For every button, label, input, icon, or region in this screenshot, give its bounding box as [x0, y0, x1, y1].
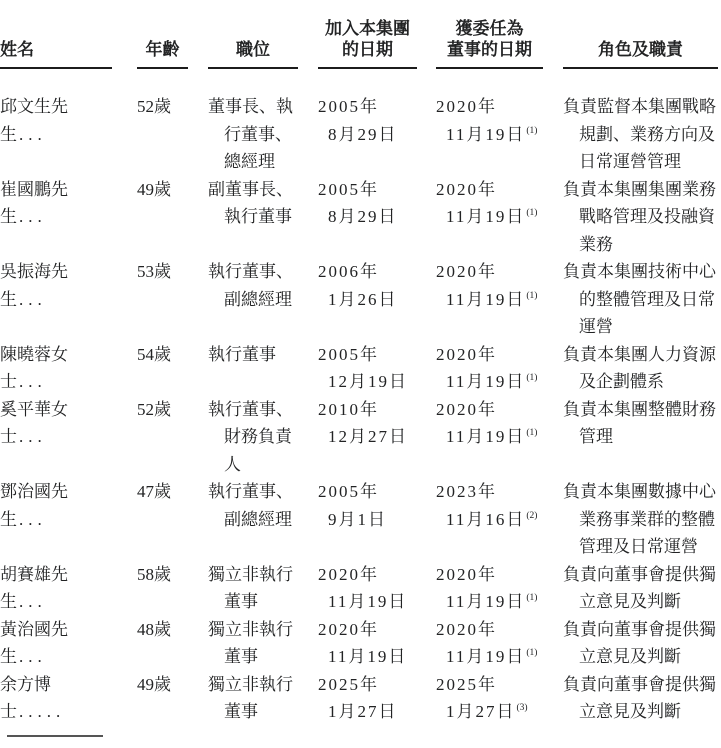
text-line: 11月19日(1): [436, 368, 543, 396]
text-line: 執行董事: [208, 203, 298, 231]
position-cell: 獨立非執行董事: [208, 671, 298, 726]
age-cell: 54歲: [137, 341, 188, 369]
appointed-cell: 2020年11月19日(1): [436, 176, 543, 231]
text-line: 8月29日: [318, 121, 417, 149]
joined-cell: 2005年8月29日: [318, 176, 417, 231]
name-dot-leader: ...: [19, 647, 47, 666]
text-line: 獨立非執行: [208, 616, 298, 644]
name-cell: 鄧治國先生...: [0, 478, 112, 533]
name-cell: 奚平華女士...: [0, 396, 112, 451]
text-line: 董事: [208, 643, 298, 671]
position-cell: 董事長、執行董事、總經理: [208, 93, 298, 176]
footnote-rule: [7, 735, 103, 737]
text-line: 2025年: [436, 671, 543, 699]
joined-cell: 2020年11月19日: [318, 561, 417, 616]
header-joined-date: 加入本集團 的日期: [318, 18, 417, 69]
text-line: 負責本集團技術中心: [563, 258, 718, 286]
text-line: 行董事、: [208, 121, 298, 149]
text-line: 8月29日: [318, 203, 417, 231]
text-line: 負責向董事會提供獨: [563, 561, 718, 589]
table-row: 黃治國先生... 48歲 獨立非執行董事 2020年11月19日 2020年11…: [0, 616, 721, 671]
header-joined-line1: 加入本集團: [318, 18, 417, 39]
text-line: 人: [208, 451, 298, 479]
text-line: 1月27日: [318, 698, 417, 726]
name-cell: 余方博士.....: [0, 671, 112, 726]
footnote-marker: (2): [526, 511, 537, 521]
text-line: 負責本集團數據中心: [563, 478, 718, 506]
footnote-marker: (1): [526, 291, 537, 301]
name-dot-leader: ...: [19, 290, 47, 309]
role-cell: 負責本集團集團業務戰略管理及投融資業務: [563, 176, 718, 259]
header-role-label: 角色及職責: [563, 39, 718, 60]
table-row: 陳曉蓉女士... 54歲 執行董事 2005年12月19日 2020年11月19…: [0, 341, 721, 396]
header-position-label: 職位: [208, 39, 298, 60]
footnote-marker: (1): [526, 373, 537, 383]
appointed-cell: 2020年11月19日(1): [436, 341, 543, 396]
text-line: 負責本集團人力資源: [563, 341, 718, 369]
table-row: 邱文生先生... 52歲 董事長、執行董事、總經理 2005年8月29日 202…: [0, 93, 721, 176]
text-line: 2020年: [436, 561, 543, 589]
role-cell: 負責本集團技術中心的整體管理及日常運營: [563, 258, 718, 341]
appointed-cell: 2020年11月19日(1): [436, 93, 543, 148]
text-line: 11月19日: [318, 588, 417, 616]
role-cell: 負責本集團人力資源及企劃體系: [563, 341, 718, 396]
text-line: 管理: [563, 423, 718, 451]
text-line: 1月26日: [318, 286, 417, 314]
text-line: 業務: [563, 231, 718, 259]
header-appointed-line2: 董事的日期: [436, 39, 543, 60]
name-dot-leader: ...: [19, 125, 47, 144]
name-cell: 吳振海先生...: [0, 258, 112, 313]
text-line: 2005年: [318, 176, 417, 204]
text-line: 及企劃體系: [563, 368, 718, 396]
name-dot-leader: .....: [19, 702, 65, 721]
role-cell: 負責本集團數據中心業務事業群的整體管理及日常運營: [563, 478, 718, 561]
footnote-marker: (1): [526, 208, 537, 218]
header-age-label: 年齡: [137, 39, 188, 60]
position-cell: 執行董事、財務負責人: [208, 396, 298, 479]
header-position: 職位: [208, 39, 298, 69]
header-role: 角色及職責: [563, 39, 718, 69]
text-line: 2020年: [318, 561, 417, 589]
text-line: 董事長、執: [208, 93, 298, 121]
footnote-marker: (3): [517, 703, 528, 713]
text-line: 董事: [208, 588, 298, 616]
text-line: 11月19日(1): [436, 643, 543, 671]
name-dot-leader: ...: [19, 372, 47, 391]
position-cell: 執行董事、副總經理: [208, 478, 298, 533]
text-line: 2020年: [318, 616, 417, 644]
text-line: 的整體管理及日常: [563, 286, 718, 314]
header-name: 姓名: [0, 39, 112, 69]
text-line: 戰略管理及投融資: [563, 203, 718, 231]
text-line: 執行董事、: [208, 478, 298, 506]
name-cell: 黃治國先生...: [0, 616, 112, 671]
text-line: 執行董事、: [208, 396, 298, 424]
text-line: 副董事長、: [208, 176, 298, 204]
text-line: 副總經理: [208, 506, 298, 534]
age-cell: 47歲: [137, 478, 188, 506]
joined-cell: 2005年9月1日: [318, 478, 417, 533]
text-line: 11月19日(1): [436, 588, 543, 616]
footnote-marker: (1): [526, 428, 537, 438]
position-cell: 執行董事: [208, 341, 298, 369]
appointed-cell: 2025年1月27日(3): [436, 671, 543, 726]
table-row: 奚平華女士... 52歲 執行董事、財務負責人 2010年12月27日 2020…: [0, 396, 721, 479]
appointed-cell: 2020年11月19日(1): [436, 616, 543, 671]
text-line: 業務事業群的整體: [563, 506, 718, 534]
table-row: 吳振海先生... 53歲 執行董事、副總經理 2006年1月26日 2020年1…: [0, 258, 721, 341]
table-row: 鄧治國先生... 47歲 執行董事、副總經理 2005年9月1日 2023年11…: [0, 478, 721, 561]
text-line: 9月1日: [318, 506, 417, 534]
text-line: 執行董事、: [208, 258, 298, 286]
text-line: 立意見及判斷: [563, 643, 718, 671]
text-line: 董事: [208, 698, 298, 726]
text-line: 11月19日: [318, 643, 417, 671]
name-dot-leader: ...: [19, 592, 47, 611]
text-line: 立意見及判斷: [563, 698, 718, 726]
text-line: 11月16日(2): [436, 506, 543, 534]
footnote-marker: (1): [526, 126, 537, 136]
table-row: 余方博士..... 49歲 獨立非執行董事 2025年1月27日 2025年1月…: [0, 671, 721, 726]
text-line: 2005年: [318, 341, 417, 369]
appointed-cell: 2023年11月16日(2): [436, 478, 543, 533]
text-line: 獨立非執行: [208, 671, 298, 699]
role-cell: 負責向董事會提供獨立意見及判斷: [563, 616, 718, 671]
position-cell: 獨立非執行董事: [208, 616, 298, 671]
joined-cell: 2010年12月27日: [318, 396, 417, 451]
text-line: 1月27日(3): [436, 698, 543, 726]
text-line: 日常運營管理: [563, 148, 718, 176]
text-line: 規劃、業務方向及: [563, 121, 718, 149]
table-row: 胡賽雄先生... 58歲 獨立非執行董事 2020年11月19日 2020年11…: [0, 561, 721, 616]
text-line: 負責向董事會提供獨: [563, 616, 718, 644]
directors-table-page: 姓名 年齡 職位 加入本集團 的日期 獲委任為 董事的日期 角色及職責 邱文生先…: [0, 0, 721, 748]
table-body: 邱文生先生... 52歲 董事長、執行董事、總經理 2005年8月29日 202…: [0, 93, 721, 726]
text-line: 2020年: [436, 396, 543, 424]
age-cell: 48歲: [137, 616, 188, 644]
name-cell: 陳曉蓉女士...: [0, 341, 112, 396]
text-line: 2020年: [436, 93, 543, 121]
text-line: 負責向董事會提供獨: [563, 671, 718, 699]
text-line: 11月19日(1): [436, 121, 543, 149]
text-line: 副總經理: [208, 286, 298, 314]
text-line: 負責監督本集團戰略: [563, 93, 718, 121]
text-line: 2020年: [436, 258, 543, 286]
text-line: 2020年: [436, 341, 543, 369]
text-line: 2025年: [318, 671, 417, 699]
text-line: 運營: [563, 313, 718, 341]
position-cell: 獨立非執行董事: [208, 561, 298, 616]
text-line: 11月19日(1): [436, 203, 543, 231]
text-line: 負責本集團集團業務: [563, 176, 718, 204]
appointed-cell: 2020年11月19日(1): [436, 258, 543, 313]
name-cell: 胡賽雄先生...: [0, 561, 112, 616]
header-joined-line2: 的日期: [318, 39, 417, 60]
joined-cell: 2005年12月19日: [318, 341, 417, 396]
name-dot-leader: ...: [19, 207, 47, 226]
footnote-marker: (1): [526, 648, 537, 658]
footnote-marker: (1): [526, 593, 537, 603]
age-cell: 49歲: [137, 671, 188, 699]
text-line: 2006年: [318, 258, 417, 286]
age-cell: 49歲: [137, 176, 188, 204]
role-cell: 負責向董事會提供獨立意見及判斷: [563, 561, 718, 616]
appointed-cell: 2020年11月19日(1): [436, 561, 543, 616]
text-line: 2020年: [436, 176, 543, 204]
role-cell: 負責本集團整體財務管理: [563, 396, 718, 451]
header-name-label: 姓名: [0, 39, 112, 60]
text-line: 2010年: [318, 396, 417, 424]
header-appointed-date: 獲委任為 董事的日期: [436, 18, 543, 69]
text-line: 立意見及判斷: [563, 588, 718, 616]
text-line: 獨立非執行: [208, 561, 298, 589]
name-dot-leader: ...: [19, 427, 47, 446]
text-line: 12月19日: [318, 368, 417, 396]
header-appointed-line1: 獲委任為: [436, 18, 543, 39]
text-line: 財務負責: [208, 423, 298, 451]
appointed-cell: 2020年11月19日(1): [436, 396, 543, 451]
text-line: 2005年: [318, 93, 417, 121]
text-line: 2023年: [436, 478, 543, 506]
text-line: 總經理: [208, 148, 298, 176]
header-age: 年齡: [137, 39, 188, 69]
table-header-row: 姓名 年齡 職位 加入本集團 的日期 獲委任為 董事的日期 角色及職責: [0, 0, 721, 69]
text-line: 11月19日(1): [436, 286, 543, 314]
age-cell: 52歲: [137, 396, 188, 424]
age-cell: 58歲: [137, 561, 188, 589]
text-line: 執行董事: [208, 341, 298, 369]
text-line: 管理及日常運營: [563, 533, 718, 561]
text-line: 2005年: [318, 478, 417, 506]
position-cell: 副董事長、執行董事: [208, 176, 298, 231]
text-line: 2020年: [436, 616, 543, 644]
position-cell: 執行董事、副總經理: [208, 258, 298, 313]
text-line: 11月19日(1): [436, 423, 543, 451]
joined-cell: 2005年8月29日: [318, 93, 417, 148]
role-cell: 負責監督本集團戰略規劃、業務方向及日常運營管理: [563, 93, 718, 176]
name-cell: 邱文生先生...: [0, 93, 112, 148]
text-line: 12月27日: [318, 423, 417, 451]
role-cell: 負責向董事會提供獨立意見及判斷: [563, 671, 718, 726]
joined-cell: 2020年11月19日: [318, 616, 417, 671]
joined-cell: 2006年1月26日: [318, 258, 417, 313]
text-line: 負責本集團整體財務: [563, 396, 718, 424]
name-dot-leader: ...: [19, 510, 47, 529]
age-cell: 53歲: [137, 258, 188, 286]
joined-cell: 2025年1月27日: [318, 671, 417, 726]
table-row: 崔國鵬先生... 49歲 副董事長、執行董事 2005年8月29日 2020年1…: [0, 176, 721, 259]
age-cell: 52歲: [137, 93, 188, 121]
name-cell: 崔國鵬先生...: [0, 176, 112, 231]
